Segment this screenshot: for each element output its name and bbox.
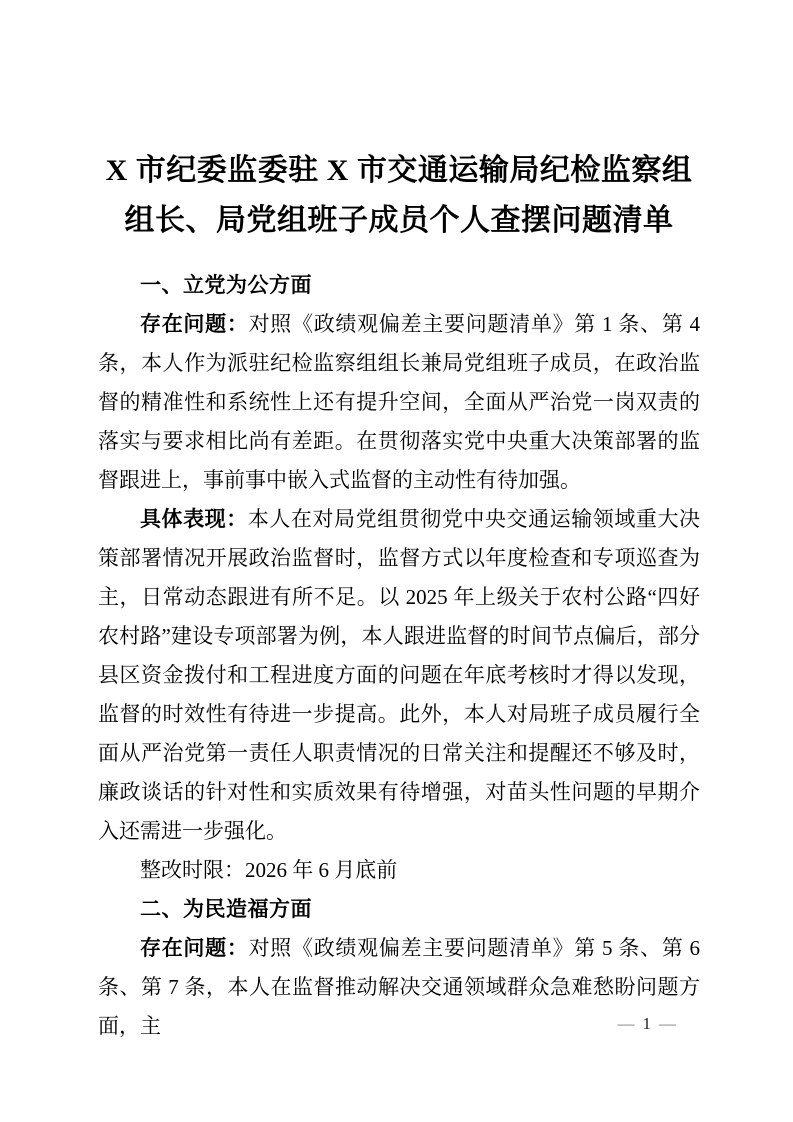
section-1-paragraph-specific-manifestation: 具体表现：本人在对局党组贯彻党中央交通运输领域重大决策部署情况开展政治监督时，监…	[98, 500, 700, 851]
document-body: X 市纪委监委驻 X 市交通运输局纪检监察组 组长、局党组班子成员个人查摆问题清…	[98, 0, 700, 1046]
paragraph-label-specific-manifestation: 具体表现：	[140, 507, 248, 531]
paragraph-text-rectification-deadline: 2026 年 6 月底前	[245, 858, 397, 882]
section-1-heading: 一、立党为公方面	[98, 266, 700, 305]
section-2-heading: 二、为民造福方面	[98, 890, 700, 929]
section-1-paragraph-rectification-deadline: 整改时限：2026 年 6 月底前	[98, 851, 700, 890]
section-2-paragraph-existing-problems: 存在问题：对照《政绩观偏差主要问题清单》第 5 条、第 6 条、第 7 条，本人…	[98, 929, 700, 1046]
section-1-paragraph-existing-problems: 存在问题：对照《政绩观偏差主要问题清单》第 1 条、第 4 条，本人作为派驻纪检…	[98, 305, 700, 500]
paragraph-label-existing-problems: 存在问题：	[140, 312, 249, 336]
page-number-dash-left: —	[618, 1014, 635, 1033]
page-number-dash-right: —	[659, 1014, 676, 1033]
document-title-line1: X 市纪委监委驻 X 市交通运输局纪检监察组	[98, 146, 700, 196]
document-title-line2: 组长、局党组班子成员个人查摆问题清单	[98, 196, 700, 246]
paragraph-label-existing-problems-2: 存在问题：	[140, 936, 249, 960]
document-page: X 市纪委监委驻 X 市交通运输局纪检监察组 组长、局党组班子成员个人查摆问题清…	[0, 0, 793, 1122]
page-number-value: 1	[643, 1014, 652, 1033]
paragraph-text-existing-problems: 对照《政绩观偏差主要问题清单》第 1 条、第 4 条，本人作为派驻纪检监察组组长…	[98, 312, 700, 492]
page-number: —1—	[618, 1012, 677, 1036]
paragraph-text-specific-manifestation: 本人在对局党组贯彻党中央交通运输领域重大决策部署情况开展政治监督时，监督方式以年…	[98, 507, 700, 843]
document-title: X 市纪委监委驻 X 市交通运输局纪检监察组 组长、局党组班子成员个人查摆问题清…	[98, 0, 700, 246]
paragraph-label-rectification-deadline: 整改时限：	[140, 858, 245, 882]
